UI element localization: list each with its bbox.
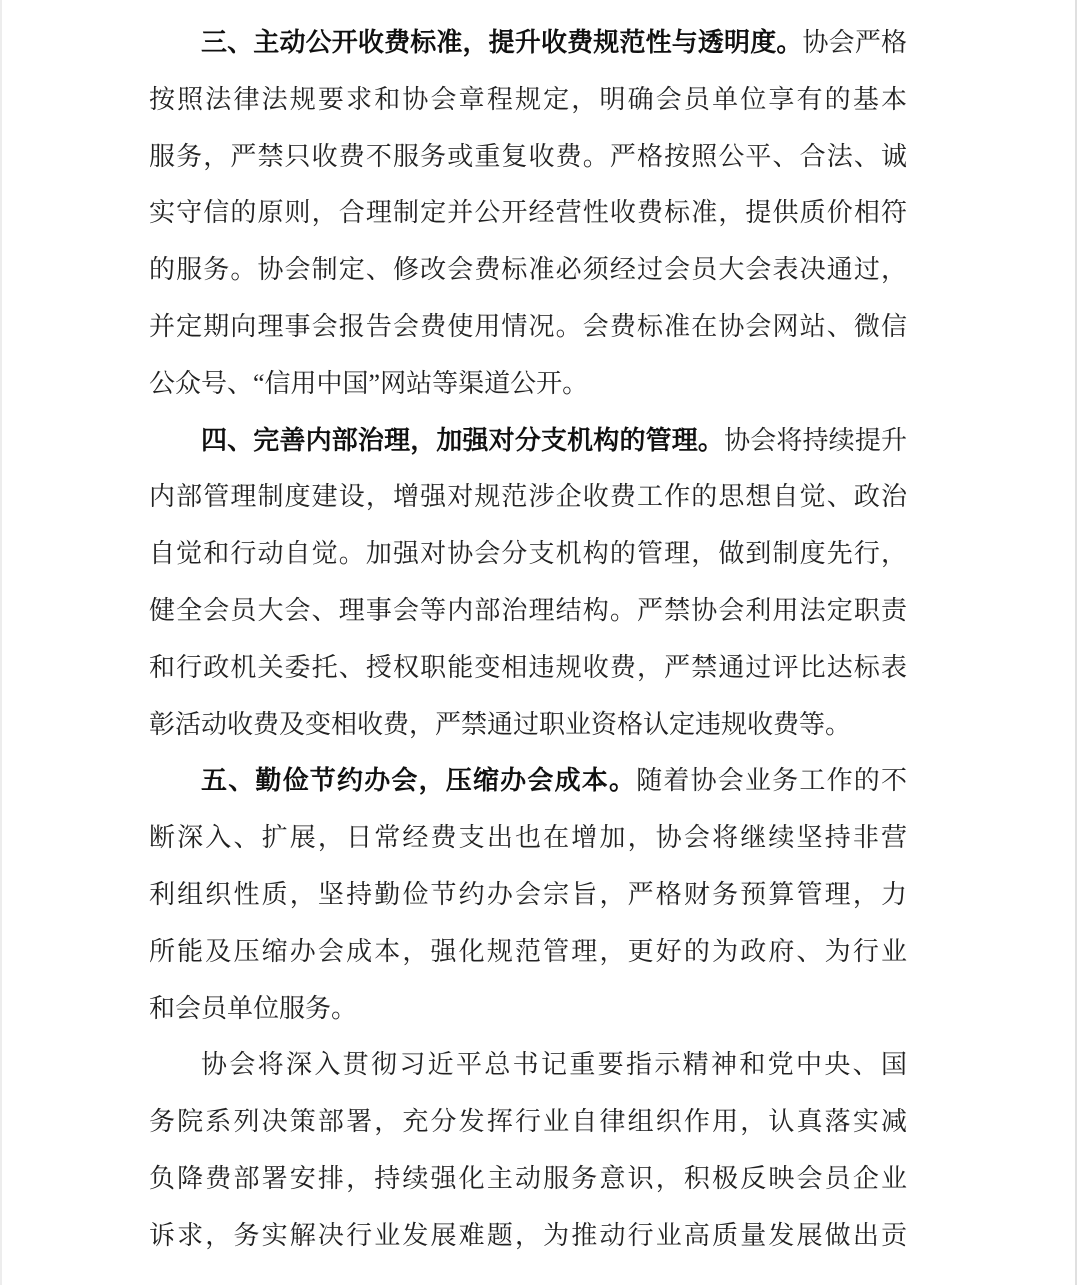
document-text: 三、主动公开收费标准，提升收费规范性与透明度。协会严格按照法律法规要求和协会章程… <box>149 15 907 1265</box>
body-text: 所能及压缩办会成本，强化规范管理，更好的为政府、为行业 <box>149 937 907 966</box>
body-text: 务院系列决策部署，充分发挥行业自律组织作用，认真落实减 <box>149 1107 907 1136</box>
body-text: 和会员单位服务。 <box>149 994 357 1023</box>
text-line: 自觉和行动自觉。加强对协会分支机构的管理，做到制度先行， <box>149 526 907 583</box>
text-line: 按照法律法规要求和协会章程规定，明确会员单位享有的基本 <box>149 72 907 129</box>
text-line: 三、主动公开收费标准，提升收费规范性与透明度。协会严格 <box>149 15 907 72</box>
text-line: 并定期向理事会报告会费使用情况。会费标准在协会网站、微信 <box>149 299 907 356</box>
body-text: 实守信的原则，合理制定并公开经营性收费标准，提供质价相符 <box>149 198 907 227</box>
paragraph: 四、完善内部治理，加强对分支机构的管理。协会将持续提升内部管理制度建设，增强对规… <box>149 413 907 754</box>
text-line: 公众号、“信用中国”网站等渠道公开。 <box>149 356 907 413</box>
text-line: 诉求，务实解决行业发展难题，为推动行业高质量发展做出贡 <box>149 1208 907 1265</box>
text-line: 负降费部署安排，持续强化主动服务意识，积极反映会员企业 <box>149 1151 907 1208</box>
text-line: 彰活动收费及变相收费，严禁通过职业资格认定违规收费等。 <box>149 697 907 754</box>
section-heading: 五、勤俭节约办会，压缩办会成本。 <box>201 766 636 796</box>
body-text: 并定期向理事会报告会费使用情况。会费标准在协会网站、微信 <box>149 312 907 341</box>
body-text: 的服务。协会制定、修改会费标准必须经过会员大会表决通过， <box>149 255 907 284</box>
body-text: 彰活动收费及变相收费，严禁通过职业资格认定违规收费等。 <box>149 710 851 739</box>
text-line: 的服务。协会制定、修改会费标准必须经过会员大会表决通过， <box>149 242 907 299</box>
body-text: 协会严格 <box>803 28 907 57</box>
body-text: 服务，严禁只收费不服务或重复收费。严格按照公平、合法、诚 <box>149 142 907 171</box>
body-text: 负降费部署安排，持续强化主动服务意识，积极反映会员企业 <box>149 1164 907 1193</box>
text-line: 所能及压缩办会成本，强化规范管理，更好的为政府、为行业 <box>149 924 907 981</box>
body-text: 自觉和行动自觉。加强对协会分支机构的管理，做到制度先行， <box>149 539 907 568</box>
body-text: 断深入、扩展，日常经费支出也在增加，协会将继续坚持非营 <box>149 823 907 852</box>
text-line: 利组织性质，坚持勤俭节约办会宗旨，严格财务预算管理，力 <box>149 867 907 924</box>
text-line: 和行政机关委托、授权职能变相违规收费，严禁通过评比达标表 <box>149 640 907 697</box>
text-line: 五、勤俭节约办会，压缩办会成本。随着协会业务工作的不 <box>149 753 907 810</box>
text-line: 内部管理制度建设，增强对规范涉企收费工作的思想自觉、政治 <box>149 469 907 526</box>
section-heading: 四、完善内部治理，加强对分支机构的管理。 <box>201 426 724 456</box>
text-line: 健全会员大会、理事会等内部治理结构。严禁协会利用法定职责 <box>149 583 907 640</box>
body-text: 协会将持续提升 <box>724 426 907 455</box>
body-text: 协会将深入贯彻习近平总书记重要指示精神和党中央、国 <box>201 1050 907 1079</box>
page-left-edge-line <box>0 0 2 1285</box>
body-text: 和行政机关委托、授权职能变相违规收费，严禁通过评比达标表 <box>149 653 907 682</box>
body-text: 诉求，务实解决行业发展难题，为推动行业高质量发展做出贡 <box>149 1221 907 1250</box>
page-right-edge-line <box>1075 0 1077 1285</box>
section-heading: 三、主动公开收费标准，提升收费规范性与透明度。 <box>201 28 803 58</box>
paragraph: 三、主动公开收费标准，提升收费规范性与透明度。协会严格按照法律法规要求和协会章程… <box>149 15 907 413</box>
text-line: 协会将深入贯彻习近平总书记重要指示精神和党中央、国 <box>149 1037 907 1094</box>
body-text: 健全会员大会、理事会等内部治理结构。严禁协会利用法定职责 <box>149 596 907 625</box>
body-text: 内部管理制度建设，增强对规范涉企收费工作的思想自觉、政治 <box>149 482 907 511</box>
paragraph: 协会将深入贯彻习近平总书记重要指示精神和党中央、国务院系列决策部署，充分发挥行业… <box>149 1037 907 1264</box>
text-line: 断深入、扩展，日常经费支出也在增加，协会将继续坚持非营 <box>149 810 907 867</box>
body-text: 按照法律法规要求和协会章程规定，明确会员单位享有的基本 <box>149 85 907 114</box>
body-text: 随着协会业务工作的不 <box>636 766 907 795</box>
body-text: 公众号、“信用中国”网站等渠道公开。 <box>149 369 588 398</box>
body-text: 利组织性质，坚持勤俭节约办会宗旨，严格财务预算管理，力 <box>149 880 907 909</box>
text-line: 和会员单位服务。 <box>149 981 907 1038</box>
text-line: 务院系列决策部署，充分发挥行业自律组织作用，认真落实减 <box>149 1094 907 1151</box>
text-line: 四、完善内部治理，加强对分支机构的管理。协会将持续提升 <box>149 413 907 470</box>
text-line: 实守信的原则，合理制定并公开经营性收费标准，提供质价相符 <box>149 185 907 242</box>
paragraph: 五、勤俭节约办会，压缩办会成本。随着协会业务工作的不断深入、扩展，日常经费支出也… <box>149 753 907 1037</box>
text-line: 服务，严禁只收费不服务或重复收费。严格按照公平、合法、诚 <box>149 129 907 186</box>
